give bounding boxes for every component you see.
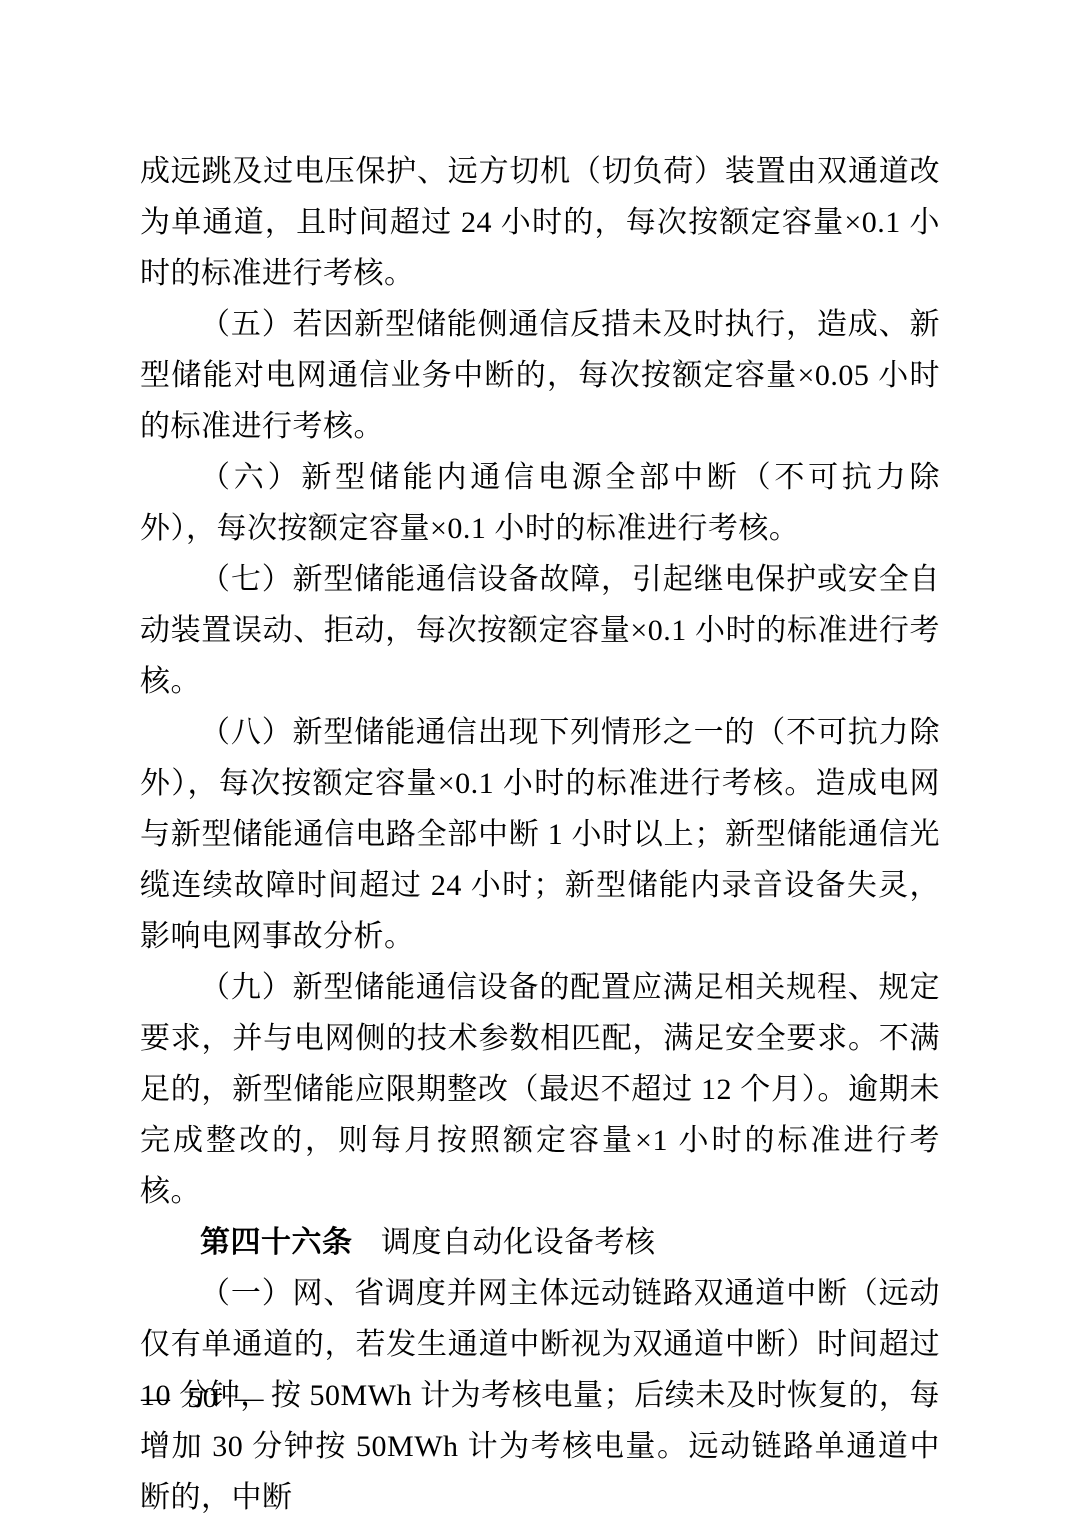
page-number: — 50 —: [141, 1382, 265, 1414]
body-paragraph-item-6: （六）新型储能内通信电源全部中断（不可抗力除外），每次按额定容量×0.1 小时的…: [140, 452, 940, 554]
document-page: 成远跳及过电压保护、远方切机（切负荷）装置由双通道改为单通道，且时间超过 24 …: [0, 0, 1080, 1527]
body-paragraph-item-5: （五）若因新型储能侧通信反措未及时执行，造成、新型储能对电网通信业务中断的，每次…: [140, 299, 940, 452]
body-paragraph-item-8: （八）新型储能通信出现下列情形之一的（不可抗力除外），每次按额定容量×0.1 小…: [140, 707, 940, 962]
page-footer: — 50 —: [141, 1381, 265, 1415]
body-paragraph-continuation: 成远跳及过电压保护、远方切机（切负荷）装置由双通道改为单通道，且时间超过 24 …: [140, 146, 940, 299]
page-content: 成远跳及过电压保护、远方切机（切负荷）装置由双通道改为单通道，且时间超过 24 …: [140, 146, 940, 1523]
body-paragraph-item-9: （九）新型储能通信设备的配置应满足相关规程、规定要求，并与电网侧的技术参数相匹配…: [140, 962, 940, 1217]
body-paragraph-item-7: （七）新型储能通信设备故障，引起继电保护或安全自动装置误动、拒动，每次按额定容量…: [140, 554, 940, 707]
article-title: 调度自动化设备考核: [381, 1226, 656, 1259]
article-number: 第四十六条: [200, 1226, 353, 1259]
article-heading: 第四十六条调度自动化设备考核: [140, 1217, 940, 1268]
